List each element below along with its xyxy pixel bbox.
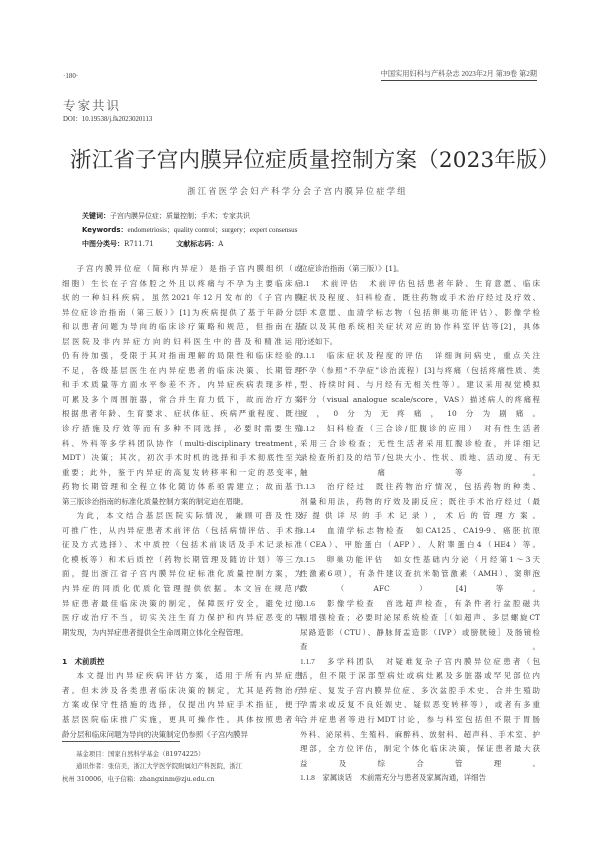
- text-line: 征及方式选择）、术中质控（包括术前谈话及手术记录标准: [62, 538, 302, 553]
- subsection-text: 如CA125、CA19-9、癌胚抗原: [416, 526, 540, 535]
- text-line: 不足，各级基层医生在内异症患者的临床决策、长期管理: [62, 364, 302, 379]
- text-line: 面，提出浙江省子宫内膜异位症标准化质量控制方案，为: [62, 567, 302, 582]
- corresponding-author: 通讯作者：张信美，浙江大学医学院附属妇产科医院，浙江: [62, 760, 302, 772]
- subsection-text: 详细询问病史，重点关注: [435, 351, 540, 360]
- subsection-number: 1.1.3: [300, 482, 327, 491]
- classification-row: 中图分类号：R711.71 文献标志码：A: [82, 239, 223, 249]
- classification-value: R711.71: [124, 240, 154, 248]
- text-line: 和手术质量等方面水平参差不齐。内异症疾病表现多样，: [62, 378, 302, 393]
- text-line: 振增强检查；必要时泌尿系统检查［（如超声、多层螺旋CT: [300, 611, 540, 626]
- text-line: （CEA）、甲胎蛋白（AFP）、人附睾蛋白4（HE4）等。: [300, 538, 540, 553]
- text-line: 型、持续时间、与月经有无相关性等）。建议采用视觉模拟: [300, 378, 540, 393]
- keywords-en-value: endometriosis；quality control；surgery；ex…: [128, 226, 298, 234]
- subsection-line: 1.1.7 多学科团队 对疑难复杂子宫内膜异位症患者（包: [300, 655, 540, 670]
- text-line: 和以患者问题为导向的临床诊疗策略和规范，但指南在基: [62, 320, 302, 335]
- text-line: 异位症诊治指南（第三版）》[1]为疾病提供了基于年龄分层: [62, 306, 302, 321]
- text-line: 异症患者最佳临床决策的制定，保障医疗安全，避免过度: [62, 597, 302, 612]
- text-line: 好提供详尽的手术记录），术后的管理方案。: [300, 509, 540, 524]
- subsection-title: 家属谈话: [322, 773, 359, 782]
- text-line: 查以及其他系统相关症状对应的协作科室评估等[2]，具体: [300, 320, 540, 335]
- footnote-divider: [62, 741, 180, 742]
- text-line: 基层医院临床推广实施，更具可操作性。具体按照患者年: [62, 713, 302, 728]
- subsection-number: 1.1.8: [300, 773, 322, 782]
- text-line: 科、外科等多学科团队协作（multi-disciplinary treatmen…: [62, 437, 302, 452]
- text-line: 孕需求或反复不良妊娠史、疑似恶变转移等），或者有多重: [300, 698, 540, 713]
- text-line: 医疗或治疗不当，切实关注生育力保护和内异症恶变的早: [62, 611, 302, 626]
- text-line: 重要；此外，鉴于内异症的高复发转移率和一定的恶变率，: [62, 466, 302, 481]
- text-line: 采用三合诊检查；无性生活者采用肛腹诊检查，并详细记: [300, 437, 540, 452]
- text-line: 评分（visual analogue scale/score，VAS）描述病人的…: [300, 393, 540, 408]
- section-heading: 1 术前质控: [62, 655, 302, 670]
- subsection-text: 对疑难复杂子宫内膜异位症患者（包: [386, 657, 540, 666]
- page-number: ·180·: [63, 72, 78, 80]
- text-line: 第三版诊治指南的标准化质量控制方案的制定迫在眉睫。: [62, 495, 302, 510]
- text-line: 症状及程度、妇科检查、既往药物或手术治疗经过及疗效、: [300, 291, 540, 306]
- text-line: 可累及多个周围脏器，常合并生育力低下，故而治疗方案: [62, 393, 302, 408]
- keywords-cn: 关键词：子宫内膜异位症；质量控制；手术；专家共识: [82, 211, 250, 221]
- journal-header: 中国实用妇科与产科杂志 2023年2月 第39卷 第2期: [381, 69, 537, 81]
- text-line: 分述如下。: [300, 335, 540, 350]
- text-line: 药物长期管理和全程立体化随访体系亟需建立；故而基于: [62, 480, 302, 495]
- text-line: 外科、泌尿科、生殖科、麻醉科、放射科、超声科、手术室、护: [300, 728, 540, 743]
- keywords-cn-value: 子宫内膜异位症；质量控制；手术；专家共识: [110, 212, 250, 220]
- doc-code-label: 文献标志码：: [176, 240, 218, 248]
- text-line: 触痛等。: [300, 466, 540, 481]
- text-line: 性激素6项），有条件建议查抗米勒管激素（AMH）、窦卵泡: [300, 567, 540, 582]
- text-line: 期发现，为内异症患者提供全生命周期立体化全程管理。: [62, 626, 302, 641]
- keywords-en-label: Keywords：: [82, 226, 128, 234]
- subsection-line: 1.1.8 家属谈话 术前需充分与患者及家属沟通，详细告: [300, 771, 540, 786]
- subsection-line: 1.1.1 临床症状及程度的评估 详细询问病史，重点关注: [300, 349, 540, 364]
- article-title: 浙江省子宫内膜异位症质量控制方案（2023年版）: [70, 143, 540, 174]
- text-line: 可推广性，从内异症患者术前评估（包括病情评估、手术指: [62, 524, 302, 539]
- text-line: 根据患者年龄、生育要求、症状体征、疾病严重程度、既往: [62, 407, 302, 422]
- subsection-title: 术前评估: [321, 279, 369, 288]
- keywords-cn-label: 关键词：: [82, 212, 110, 220]
- footnotes: 基金项目：国家自然科学基金（81974225） 通讯作者：张信美，浙江大学医学院…: [62, 748, 302, 785]
- subsection-text: 术前评估包括患者年龄、生育意愿、临床: [369, 279, 540, 288]
- subsection-title: 影像学检查: [327, 599, 386, 608]
- subsection-number: 1.1.5: [300, 555, 327, 564]
- text-line: 查。: [300, 640, 540, 655]
- text-line: 异症、复发子宫内膜异位症、多次盆腔手术史、合并生殖助: [300, 684, 540, 699]
- subsection-number: 1.1.4: [300, 526, 327, 535]
- subsection-text: 如女性基础内分泌（月经第1～3天: [394, 555, 540, 564]
- subsection-text: 首选超声检查，有条件者行盆腔磁共: [386, 599, 540, 608]
- corresponding-contact: 杭州 310006，电子信箱：zhangxinm@zju.edu.cn: [62, 773, 302, 785]
- subsection-number: 1.1.1: [300, 351, 327, 360]
- subsection-title: 血清学标志物检查: [327, 526, 416, 535]
- text-line: 不孕（参照“不孕症”诊治流程）[3]与疼痛（包括疼痛性质、类: [300, 364, 540, 379]
- subsection-title: 多学科团队: [327, 657, 386, 666]
- subsection-title: 临床症状及程度的评估: [327, 351, 435, 360]
- text-line: 尿路造影（CTU）、静脉肾盂造影（IVP）或膀胱镜］及肠镜检: [300, 626, 540, 641]
- text-line: 细胞）生长在子宫体腔之外且以疼痛与不孕为主要临床症: [62, 277, 302, 292]
- text-line: 录检查所扪及的结节/包块大小、性状、质地、活动度、有无: [300, 451, 540, 466]
- text-line: 层医院及非内异症方向的妇科医生中的普及和精准运用: [62, 335, 302, 350]
- fund-note: 基金项目：国家自然科学基金（81974225）: [62, 748, 302, 760]
- text-line: [62, 640, 302, 655]
- text-line: 方案或保守性措施的选择，仅提出内异症手术指征，便于: [62, 698, 302, 713]
- subsection-line: 1.1.6 影像学检查 首选超声检查，有条件者行盆腔磁共: [300, 597, 540, 612]
- subsection-number: 1.1.6: [300, 599, 327, 608]
- doi[interactable]: DOI：10.19538/j.fk2023020113: [63, 113, 152, 123]
- subsection-text: 对有性生活者: [484, 424, 540, 433]
- subsection-text: 术前需充分与患者及家属沟通，详细告: [360, 773, 486, 782]
- text-line: 本文提出内异症疾病评估方案，适用于所有内异症患: [62, 669, 302, 684]
- doc-code-value: A: [218, 240, 223, 248]
- subsection-number: 1.1.7: [300, 657, 327, 666]
- text-line: 位症诊治指南（第三版）》[1]。: [300, 262, 540, 277]
- text-line: 状的一种妇科疾病。虽然2021年12月发布的《子宫内膜: [62, 291, 302, 306]
- subsection-line: 1.1.4 血清学标志物检查 如CA125、CA19-9、癌胚抗原: [300, 524, 540, 539]
- text-line: 括，但不限于深部型病灶或病灶累及多脏器或罕见部位内: [300, 669, 540, 684]
- text-line: 龄分层和临床问题为导向的决策制定仍参照《子宫内膜异: [62, 728, 302, 743]
- text-line: 仍有待加强，受限于其对指南理解的局限性和临床经验的: [62, 349, 302, 364]
- text-line: 者。但未涉及各类患者临床决策的制定，尤其是药物治疗: [62, 684, 302, 699]
- text-line: 益及综合管理。: [300, 757, 540, 772]
- text-line: 度，0分为无疼痛，10分为剧痛。: [300, 407, 540, 422]
- text-line: 子宫内膜异位症（简称内异症）是指子宫内膜组织（或: [62, 262, 302, 277]
- subsection-line: 1.1 术前评估 术前评估包括患者年龄、生育意愿、临床: [300, 277, 540, 292]
- classification-label: 中图分类号：: [82, 240, 124, 248]
- subsection-line: 1.1.2 妇科检查（三合诊/肛腹诊的应用） 对有性生活者: [300, 422, 540, 437]
- subsection-title: 治疗经过: [327, 482, 376, 491]
- text-line: 理部，全方位评估，制定个体化临床决策，保证患者最大获: [300, 742, 540, 757]
- text-line: 手术意愿、血清学标志物（包括卵巢功能评估）、影像学检: [300, 306, 540, 321]
- text-line: 为此，本文结合基层医院实际情况，兼顾可普及性及: [62, 509, 302, 524]
- article-authors: 浙江省医学会妇产科学分会子宫内膜异位症学组: [0, 185, 595, 197]
- subsection-line: 1.1.5 卵巢功能评估 如女性基础内分泌（月经第1～3天: [300, 553, 540, 568]
- text-line: 合并症患者等进行MDT讨论，参与科室包括但不限于胃肠: [300, 713, 540, 728]
- subsection-title: 卵巢功能评估: [327, 555, 394, 564]
- text-line: 化模板等）和术后质控（药物长期管理及随访计划）等三方: [62, 553, 302, 568]
- right-column: 位症诊治指南（第三版）》[1]。1.1 术前评估 术前评估包括患者年龄、生育意愿…: [300, 262, 540, 786]
- text-line: 内异症的同质化优质化管理提供依据。本文旨在规范内: [62, 582, 302, 597]
- text-line: 剂量和用法，药物的疗效及副反应；既往手术治疗经过（最: [300, 495, 540, 510]
- subsection-number: 1.1.2: [300, 424, 327, 433]
- subsection-title: 妇科检查（三合诊/肛腹诊的应用）: [327, 424, 484, 433]
- left-column: 子宫内膜异位症（简称内异症）是指子宫内膜组织（或细胞）生长在子宫体腔之外且以疼痛…: [62, 262, 302, 742]
- section-label: 专家共识: [63, 96, 121, 114]
- text-line: MDT）决策；其次，初次手术时机的选择和手术彻底性至关: [62, 451, 302, 466]
- keywords-en: Keywords：endometriosis；quality control；s…: [82, 225, 297, 235]
- text-line: 数（AFC）[4]等。: [300, 582, 540, 597]
- subsection-text: 既往药物治疗情况，包括药物的种类、: [376, 482, 540, 491]
- subsection-line: 1.1.3 治疗经过 既往药物治疗情况，包括药物的种类、: [300, 480, 540, 495]
- text-line: 诊疗措施及疗效等而有多种不同选择，必要时需要生殖: [62, 422, 302, 437]
- subsection-number: 1.1: [300, 279, 321, 288]
